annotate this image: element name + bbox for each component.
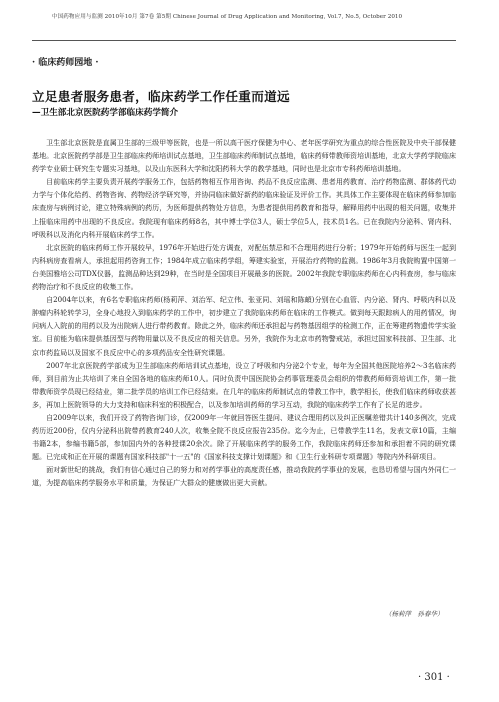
paragraph-6: 自2009年以来，我们开设了药物咨询门诊，仅2009年一年就回答医生提问、建议合… [32,411,456,463]
paragraph-7: 面对新世纪的挑战，我们有信心通过自己的努力和对药学事业的高度责任感，推动我院药学… [32,463,456,489]
page-number: · 301 · [418,672,450,683]
paragraph-3: 北京医院的临床药师工作开展较早，1976年开始进行处方调查，对配伍禁忌和不合理用… [32,241,456,293]
running-header: 中国药物应用与监测 2010年10月 第7卷 第5期 Chinese Journ… [52,12,456,20]
paragraph-4: 自2004年以来，有6名专职临床药师(杨莉萍、刘治军、纪立伟、张亚同、刘瑶和陈頔… [32,293,456,358]
paragraph-2: 目前临床药学主要负责开展药学服务工作，包括药物相互作用咨询、药品不良反应监测、患… [32,175,456,240]
article-subtitle: —卫生部北京医院药学部临床药学简介 [32,106,178,118]
column-title: · 临床药师园地 · [32,55,99,68]
author-line: （杨莉萍 孙春华） [385,609,444,618]
article-body: 卫生部北京医院是直属卫生部的三级甲等医院，也是一所以高干医疗保健为中心、老年医学… [32,136,456,490]
article-title: 立足患者服务患者，临床药学工作任重而道远 [32,86,290,105]
paragraph-1: 卫生部北京医院是直属卫生部的三级甲等医院，也是一所以高干医疗保健为中心、老年医学… [32,136,456,175]
header-rule [32,40,456,41]
paragraph-5: 2007年北京医院药学部成为卫生部临床药师培训试点基地，设立了呼吸和内分泌2个专… [32,359,456,411]
